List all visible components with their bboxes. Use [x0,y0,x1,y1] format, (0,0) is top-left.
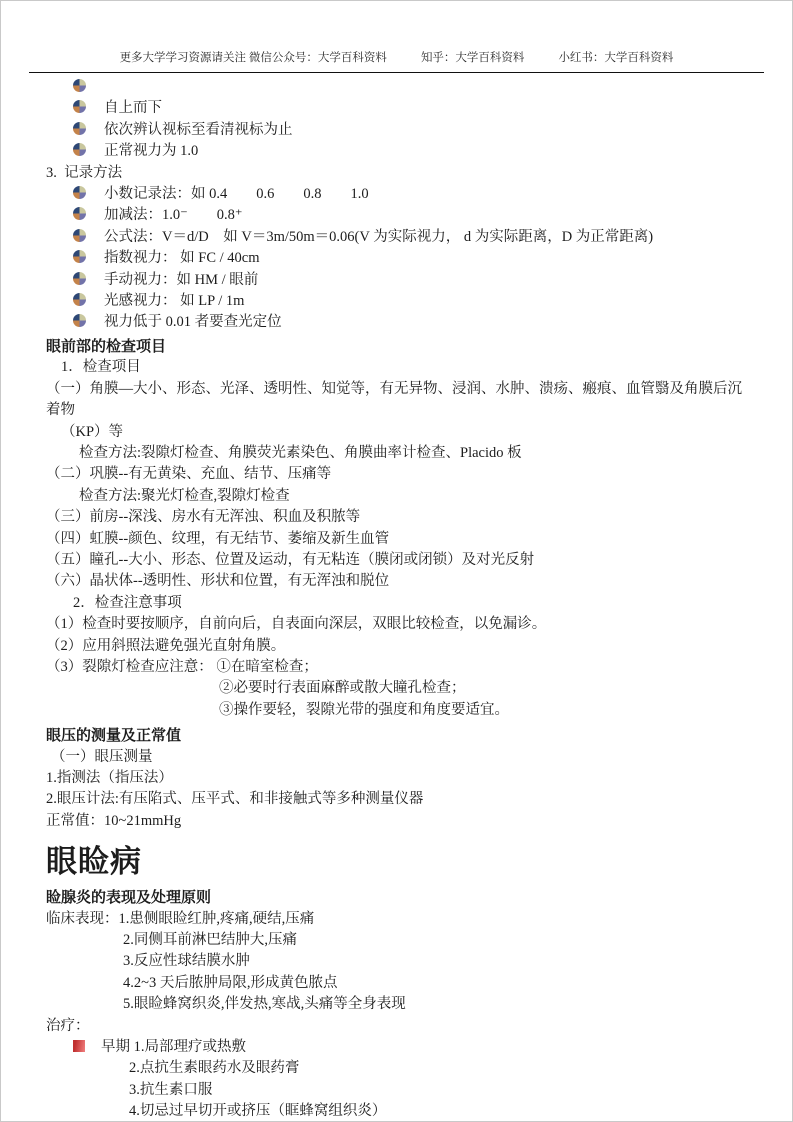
line-text: （二）巩膜--有无黄染、充血、结节、压痛等 [46,466,331,482]
header-wechat-text: 更多大学学习资源请关注 微信公众号：大学百科资料 [120,52,387,64]
text-line: 视力低于 0.01 者要查光定位 [46,312,752,333]
section-heading-anterior-exam: 眼前部的检查项目 [46,336,752,357]
text-line: （六）晶状体--透明性、形状和位置，有无浑浊和脱位 [46,571,752,592]
line-text: 5.眼睑蜂窝织炎,伴发热,寒战,头痛等全身表现 [123,996,406,1012]
text-line: 2.点抗生素眼药水及眼药膏 [46,1058,752,1079]
text-line: 手动视力：如 HM / 眼前 [46,270,752,291]
text-line: 正常视力为 1.0 [46,141,752,162]
text-line: 1.指测法（指压法） [46,768,752,789]
line-text: 视力低于 0.01 者要查光定位 [104,314,282,330]
line-text: 眼睑病 [46,844,142,879]
line-text: 睑腺炎的表现及处理原则 [46,889,211,906]
pie-chart-bullet-icon [73,186,86,199]
line-text: 4.2~3 天后脓肿局限,形成黄色脓点 [123,975,337,991]
text-line: 自上而下 [46,98,752,119]
pie-chart-bullet-icon [73,250,86,263]
text-line: 2．检查注意事项 [46,593,752,614]
text-line: 依次辨认视标至看清视标为止 [46,120,752,141]
line-text: 1.指测法（指压法） [46,770,173,786]
red-square-bullet-icon [73,1040,85,1052]
text-line: 5.眼睑蜂窝织炎,伴发热,寒战,头痛等全身表现 [46,994,752,1015]
line-text: 2.眼压计法:有压陷式、压平式、和非接触式等多种测量仪器 [46,791,423,807]
line-text: 指数视力： 如 FC / 40cm [104,250,259,266]
text-line: （二）巩膜--有无黄染、充血、结节、压痛等 [46,464,752,485]
pie-chart-bullet-icon [73,207,86,220]
list-item-recording-methods: 3. 记录方法 [46,163,752,184]
line-text: 3.反应性球结膜水肿 [123,953,250,969]
text-line: 4.2~3 天后脓肿局限,形成黄色脓点 [46,973,752,994]
pie-chart-bullet-icon [73,229,86,242]
text-line: 治疗： [46,1016,752,1037]
document-body: 自上而下依次辨认视标至看清视标为止正常视力为 1.03. 记录方法小数记录法：如… [46,77,752,1122]
text-line: 公式法：V＝d/D 如 V＝3m/50m＝0.06(V 为实际视力， d 为实际… [46,227,752,248]
header-zhihu-text: 知乎：大学百科资料 [421,52,525,64]
text-line: （一）眼压测量 [46,747,752,768]
text-line: 光感视力： 如 LP / 1m [46,291,752,312]
section-heading-hordeolum: 睑腺炎的表现及处理原则 [46,887,752,908]
line-text: （五）瞳孔--大小、形态、位置及运动，有无粘连（膜闭或闭锁）及对光反射 [46,552,534,568]
pie-chart-bullet-icon [73,100,86,113]
line-text: 4.切忌过早切开或挤压（眶蜂窝组织炎） [129,1103,386,1119]
line-text: 加减法：1.0⁻ 0.8⁺ [104,207,243,223]
text-line: 2.同侧耳前淋巴结肿大,压痛 [46,930,752,951]
text-line: 早期 1.局部理疗或热敷 [46,1037,752,1058]
line-text: 手动视力：如 HM / 眼前 [104,272,258,288]
text-line: 小数记录法：如 0.4 0.6 0.8 1.0 [46,184,752,205]
line-text: （1）检查时要按顺序，自前向后，自表面向深层，双眼比较检查，以免漏诊。 [46,616,546,632]
text-line: 检查方法:聚光灯检查,裂隙灯检查 [46,486,752,507]
document-page: 更多大学学习资源请关注 微信公众号：大学百科资料知乎：大学百科资料小红书：大学百… [0,0,793,1122]
pie-chart-bullet-icon [73,79,86,92]
text-line: 3.反应性球结膜水肿 [46,951,752,972]
text-line: （一）角膜—大小、形态、光泽、透明性、知觉等，有无异物、浸润、水肿、溃疡、瘢痕、… [46,379,752,422]
line-text: 1．检查项目 [61,359,141,375]
text-line: 2.眼压计法:有压陷式、压平式、和非接触式等多种测量仪器 [46,789,752,810]
text-line: （KP）等 [46,422,752,443]
text-line: （1）检查时要按顺序，自前向后，自表面向深层，双眼比较检查，以免漏诊。 [46,614,752,635]
text-line: 指数视力： 如 FC / 40cm [46,248,752,269]
line-text: （一）眼压测量 [51,749,153,765]
line-text: 正常值：10~21mmHg [46,813,181,829]
line-text: （六）晶状体--透明性、形状和位置，有无浑浊和脱位 [46,573,389,589]
text-line: ③操作要轻，裂隙光带的强度和角度要适宜。 [46,700,752,721]
line-text: 光感视力： 如 LP / 1m [104,293,244,309]
text-line: 检查方法:裂隙灯检查、角膜荧光素染色、角膜曲率计检查、Placido 板 [46,443,752,464]
text-line: （2）应用斜照法避免强光直射角膜。 [46,636,752,657]
text-line: 1．检查项目 [46,357,752,378]
line-text: 自上而下 [104,100,162,116]
line-text: 眼前部的检查项目 [46,338,166,355]
line-text: （2）应用斜照法避免强光直射角膜。 [46,638,285,654]
text-line: 正常值：10~21mmHg [46,811,752,832]
line-text: 3.抗生素口服 [129,1082,212,1098]
header-divider [29,72,764,73]
line-text: （四）虹膜--颜色、纹理，有无结节、萎缩及新生血管 [46,531,389,547]
line-text: （KP）等 [61,424,123,440]
line-text: 3. 记录方法 [46,165,122,181]
line-text: 早期 1.局部理疗或热敷 [101,1039,246,1055]
line-text: 治疗： [46,1018,90,1034]
line-text: （三）前房--深浅、房水有无浑浊、积血及积脓等 [46,509,360,525]
line-text: 2.点抗生素眼药水及眼药膏 [129,1060,299,1076]
text-line: 临床表现：1.患侧眼睑红肿,疼痛,硬结,压痛 [46,909,752,930]
line-text: ③操作要轻，裂隙光带的强度和角度要适宜。 [219,702,509,718]
text-line: （三）前房--深浅、房水有无浑浊、积血及积脓等 [46,507,752,528]
text-line: （3）裂隙灯检查应注意： ①在暗室检查； [46,657,752,678]
line-text: 眼压的测量及正常值 [46,727,181,744]
text-line: （四）虹膜--颜色、纹理，有无结节、萎缩及新生血管 [46,529,752,550]
text-line: 3.抗生素口服 [46,1080,752,1101]
text-line: （五）瞳孔--大小、形态、位置及运动，有无粘连（膜闭或闭锁）及对光反射 [46,550,752,571]
chapter-title-eyelid-disease: 眼睑病 [46,842,752,882]
header-xiaohongshu-text: 小红书：大学百科资料 [558,52,673,64]
text-line [46,77,752,98]
line-text: 公式法：V＝d/D 如 V＝3m/50m＝0.06(V 为实际视力， d 为实际… [104,229,653,245]
pie-chart-bullet-icon [73,122,86,135]
line-text: ②必要时行表面麻醉或散大瞳孔检查； [219,680,466,696]
line-text: 检查方法:裂隙灯检查、角膜荧光素染色、角膜曲率计检查、Placido 板 [79,445,522,461]
line-text: 正常视力为 1.0 [104,143,198,159]
line-text: 检查方法:聚光灯检查,裂隙灯检查 [79,488,290,504]
section-heading-iop: 眼压的测量及正常值 [46,725,752,746]
line-text: 依次辨认视标至看清视标为止 [104,122,293,138]
text-line: 4.切忌过早切开或挤压（眶蜂窝组织炎） [46,1101,752,1122]
page-header: 更多大学学习资源请关注 微信公众号：大学百科资料知乎：大学百科资料小红书：大学百… [1,49,792,65]
line-text: 2.同侧耳前淋巴结肿大,压痛 [123,932,297,948]
line-text: 2．检查注意事项 [73,595,182,611]
pie-chart-bullet-icon [73,143,86,156]
text-line: 加减法：1.0⁻ 0.8⁺ [46,205,752,226]
text-line: ②必要时行表面麻醉或散大瞳孔检查； [46,678,752,699]
line-text: （3）裂隙灯检查应注意： ①在暗室检查； [46,659,318,675]
pie-chart-bullet-icon [73,293,86,306]
line-text: 临床表现：1.患侧眼睑红肿,疼痛,硬结,压痛 [46,911,314,927]
line-text: （一）角膜—大小、形态、光泽、透明性、知觉等，有无异物、浸润、水肿、溃疡、瘢痕、… [46,381,742,418]
pie-chart-bullet-icon [73,314,86,327]
pie-chart-bullet-icon [73,272,86,285]
line-text: 小数记录法：如 0.4 0.6 0.8 1.0 [104,186,369,202]
